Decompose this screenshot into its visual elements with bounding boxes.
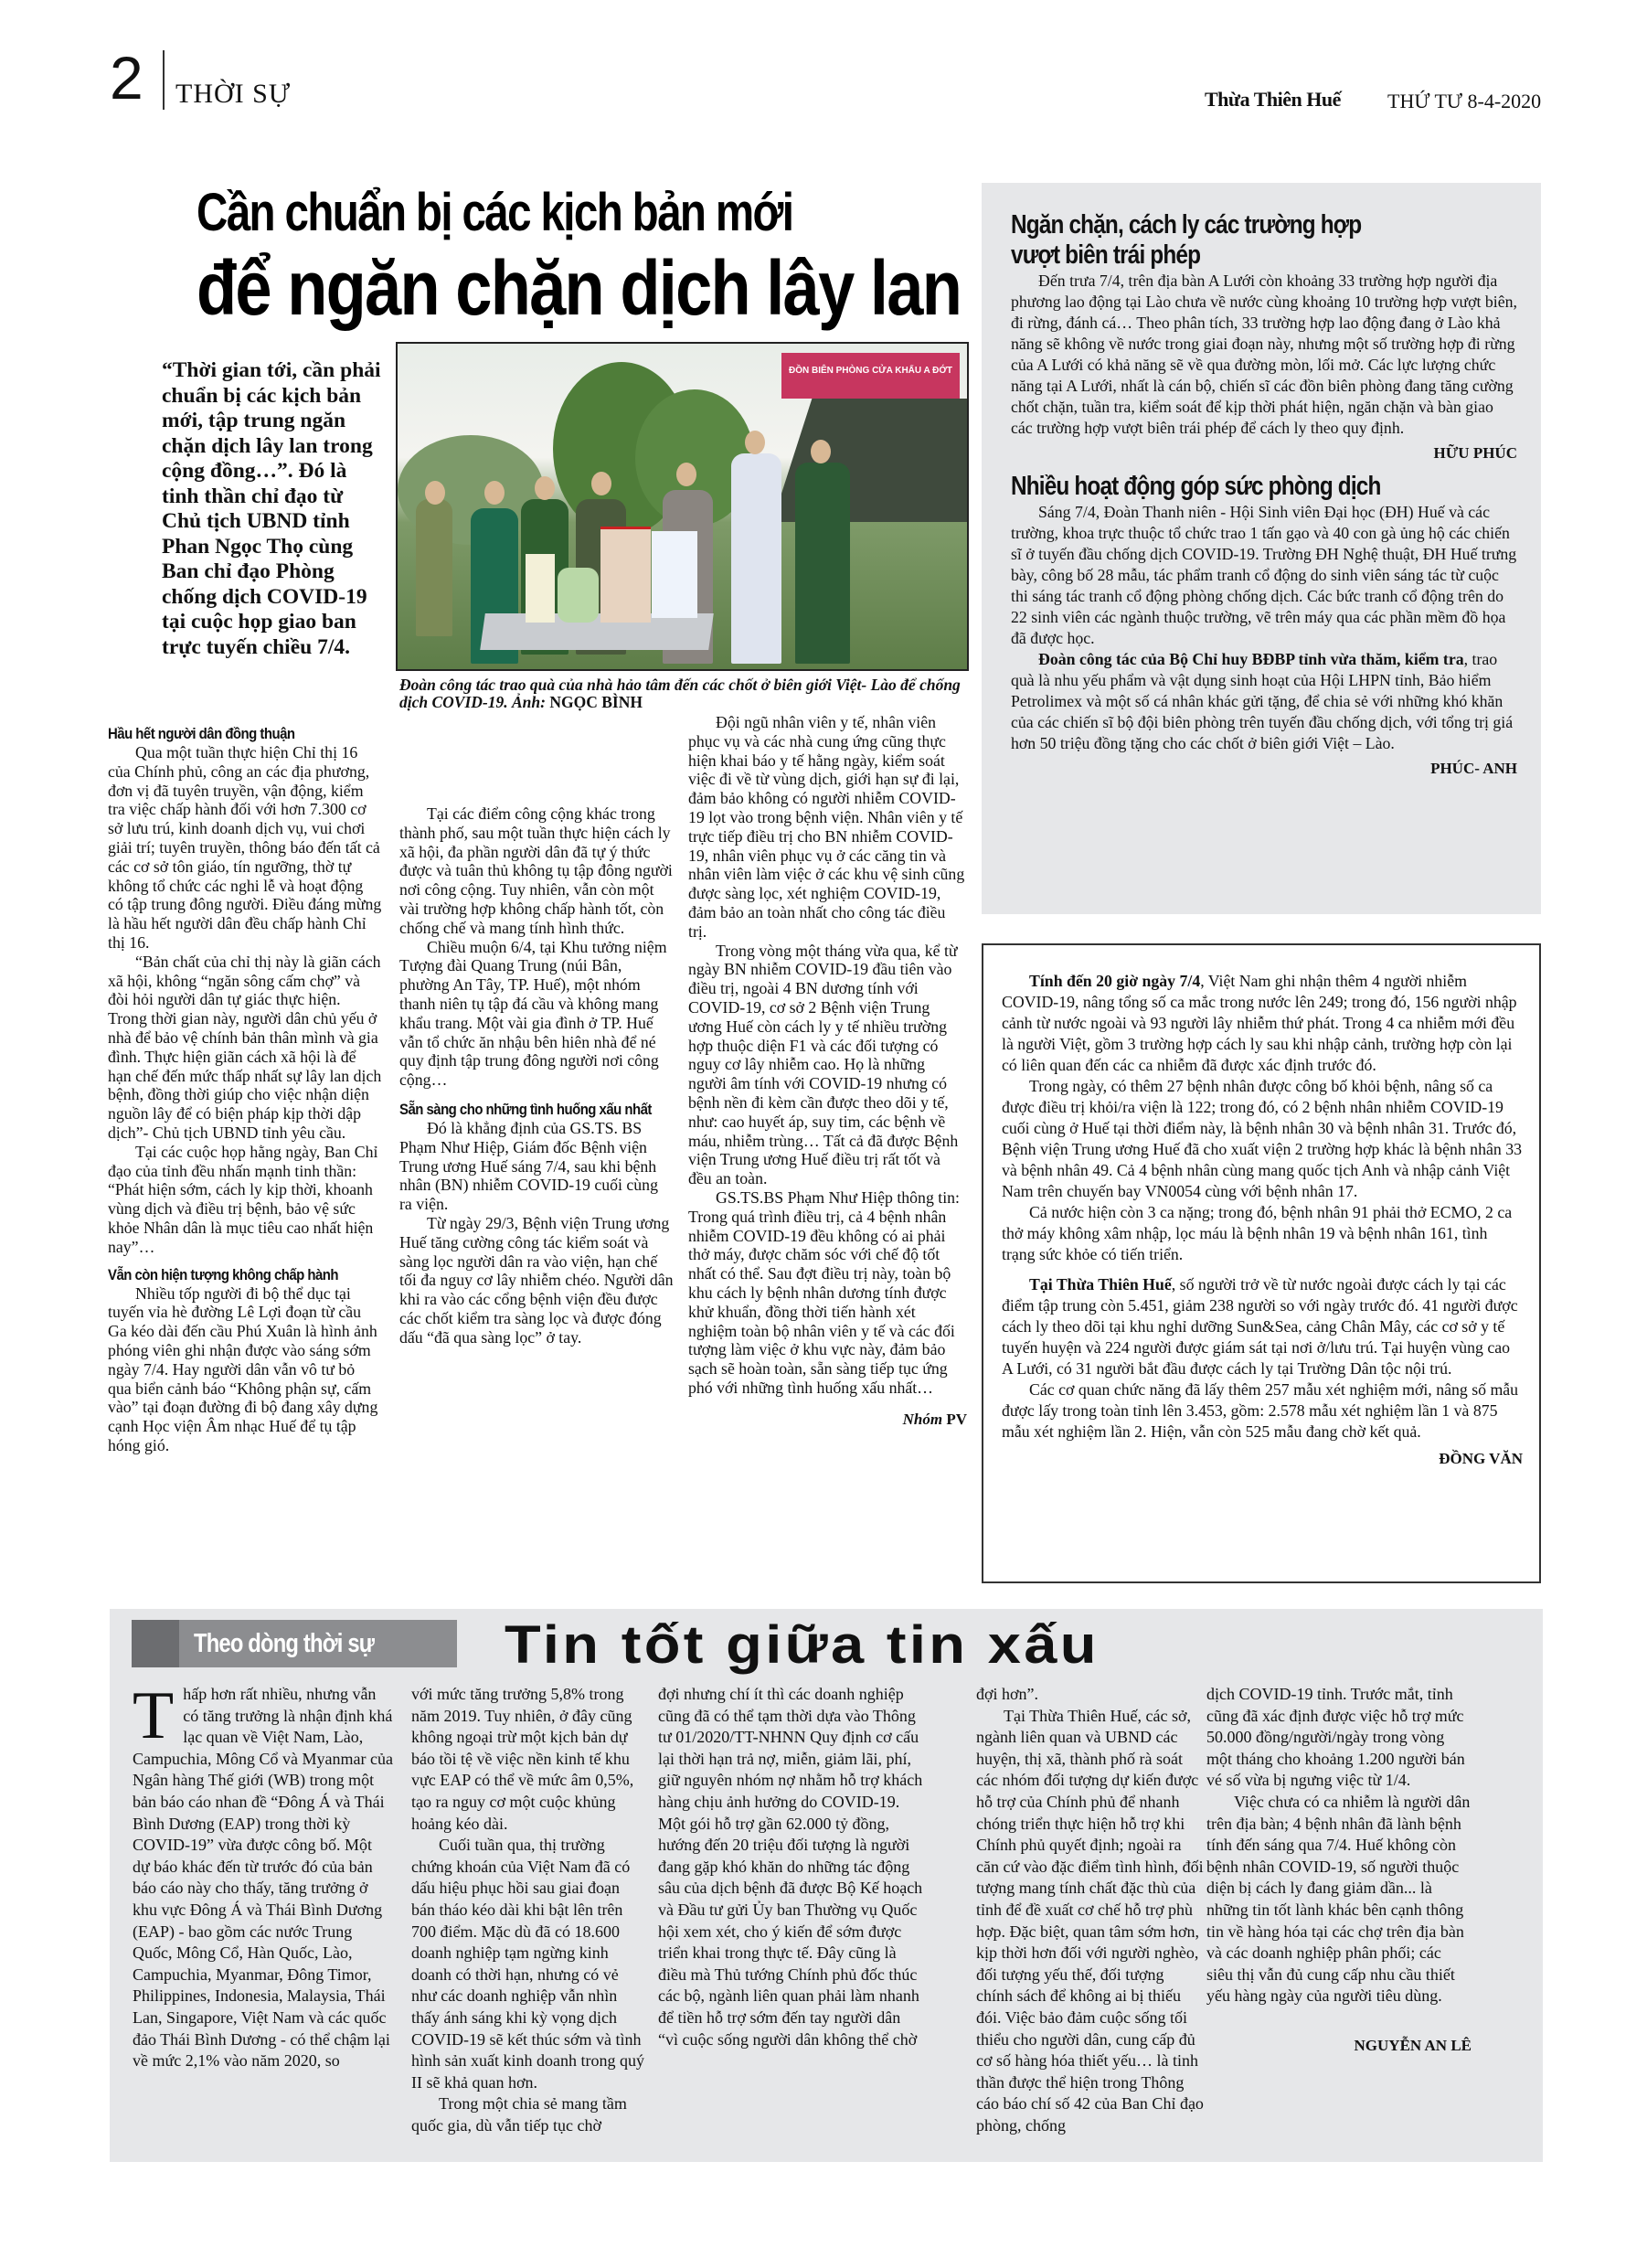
byline-name: PV [946,1411,967,1428]
paragraph: Tính đến 20 giờ ngày 7/4, Việt Nam ghi n… [1002,971,1523,1076]
paragraph: Tại các cuộc họp hằng ngày, Ban Chỉ đạo … [108,1143,382,1257]
title-line: vượt biên trái phép [1011,240,1200,270]
paragraph: Cả nước hiện còn 3 ca nặng; trong đó, bệ… [1002,1202,1523,1265]
issue-date: THỨ TƯ 8-4-2020 [1387,90,1541,113]
subhead-worst-case: Sẵn sàng cho những tình huống xấu nhất [399,1101,675,1119]
section-name: THỜI SỰ [175,79,291,110]
covid-stats-box: Tính đến 20 giờ ngày 7/4, Việt Nam ghi n… [982,943,1541,1583]
feature-title: Tin tốt giữa tin xấu [505,1618,1100,1673]
tag-accent [132,1620,179,1667]
article-lead: “Thời gian tới, cần phải chuẩn bị các kị… [162,358,381,660]
paragraph: Trong một chia sẻ mang tầm quốc gia, dù … [411,2093,644,2136]
stats-byline: ĐỒNG VĂN [1002,1448,1523,1469]
paragraph: Trong vòng một tháng vừa qua, kể từ ngày… [688,942,967,1188]
paragraph: Các cơ quan chức năng đã lấy thêm 257 mẫ… [1002,1379,1523,1443]
article-column-1: Hầu hết người dân đồng thuận Qua một tuầ… [108,725,382,1455]
sidebar-byline-1: HỮU PHÚC [1011,444,1517,463]
bottom-feature: Theo dòng thời sự Tin tốt giữa tin xấu T… [110,1609,1543,2162]
paragraph: Tại Thừa Thiên Huế, số người trở về từ n… [1002,1274,1523,1379]
headline-line-2: để ngăn chặn dịch lây lan [197,247,865,329]
paragraph: Trong ngày, có thêm 27 bệnh nhân được cô… [1002,1076,1523,1202]
column-tag: Theo dòng thời sự [132,1620,457,1667]
feature-column-5: dịch COVID-19 tỉnh. Trước mắt, tỉnh cũng… [1206,1684,1472,2057]
headline-line-1: Cần chuẩn bị các kịch bản mới [197,183,834,243]
paragraph: “Bản chất của chỉ thị này là giãn cách x… [108,953,382,1143]
paragraph: đợi nhưng chí ít thì các doanh nghiệp cũ… [658,1684,923,2050]
article-column-3: Đội ngũ nhân viên y tế, nhân viên phục v… [688,713,967,1429]
photo-table [480,613,714,650]
sidebar-title-2: Nhiều hoạt động góp sức phòng dịch [1011,472,1436,502]
feature-column-1: Thấp hơn rất nhiều, nhưng vẫn có tăng tr… [133,1684,393,2072]
article-byline: Nhóm PV [688,1411,967,1430]
paragraph: Qua một tuần thực hiện Chỉ thị 16 của Ch… [108,743,382,953]
paragraph: Việc chưa có ca nhiễm là người dân trên … [1206,1792,1472,2007]
paragraph: với mức tăng trưởng 5,8% trong năm 2019.… [411,1684,644,1835]
main-headline: Cần chuẩn bị các kịch bản mới để ngăn ch… [197,183,973,329]
paragraph: Nhiều tốp người đi bộ thể dục tại tuyến … [108,1284,382,1455]
page-number: 2 [110,48,143,108]
article-photo: ĐỒN BIÊN PHÒNG CỬA KHẨU A ĐỚT [396,342,969,671]
feature-column-2: với mức tăng trưởng 5,8% trong năm 2019.… [411,1684,644,2136]
sidebar-title-1: Ngăn chặn, cách ly các trường hợpvượt bi… [1011,210,1436,271]
sidebar-byline-2: PHÚC- ANH [1011,760,1517,778]
feature-column-3: đợi nhưng chí ít thì các doanh nghiệp cũ… [658,1684,923,2050]
sidebar-text-2: Sáng 7/4, Đoàn Thanh niên - Hội Sinh viê… [1011,502,1517,754]
tag-label: Theo dòng thời sự [194,1629,374,1658]
paragraph: Từ ngày 29/3, Bệnh viện Trung ương Huế t… [399,1214,674,1347]
bold-lead: Đoàn công tác của Bộ Chỉ huy BĐBP tỉnh v… [1038,650,1464,668]
paragraph: Đó là khẳng định của GS.TS. BS Phạm Như … [399,1119,674,1214]
paragraph: Sáng 7/4, Đoàn Thanh niên - Hội Sinh viê… [1011,502,1517,649]
paragraph: Tại các điểm công cộng khác trong thành … [399,804,674,938]
photo-banner: ĐỒN BIÊN PHÒNG CỬA KHẨU A ĐỚT [781,353,960,399]
header-divider [163,50,165,110]
article-column-2: Tại các điểm công cộng khác trong thành … [399,713,674,1347]
drop-cap: T [133,1688,174,1744]
paragraph: Đến trưa 7/4, trên địa bàn A Lưới còn kh… [1011,271,1517,439]
paragraph: dịch COVID-19 tỉnh. Trước mắt, tỉnh cũng… [1206,1684,1472,1792]
paragraph: Đoàn công tác của Bộ Chỉ huy BĐBP tỉnh v… [1011,649,1517,754]
paragraph: Cuối tuần qua, thị trường chứng khoán củ… [411,1835,644,2093]
paragraph: Tại Thừa Thiên Huế, các sở, ngành liên q… [976,1706,1205,2137]
paragraph: GS.TS.BS Phạm Như Hiệp thông tin: Trong … [688,1188,967,1398]
sidebar-text-1: Đến trưa 7/4, trên địa bàn A Lưới còn kh… [1011,271,1517,439]
paragraph: Đội ngũ nhân viên y tế, nhân viên phục v… [688,713,967,942]
subhead-consensus: Hầu hết người dân đồng thuận [108,725,349,743]
photo-caption: Đoàn công tác trao quà của nhà hảo tâm đ… [399,676,966,711]
paragraph: Chiều muộn 6/4, tại Khu tưởng niệm Tượng… [399,938,674,1090]
feature-column-4: đợi hơn”. Tại Thừa Thiên Huế, các sở, ng… [976,1684,1205,2136]
subhead-noncompliance: Vẫn còn hiện tượng không chấp hành [108,1266,349,1284]
title-line: Ngăn chặn, cách ly các trường hợp [1011,210,1361,240]
photo-credit: NGỌC BÌNH [549,693,643,711]
paragraph: đợi hơn”. [976,1684,1205,1706]
sidebar-box: Ngăn chặn, cách ly các trường hợpvượt bi… [982,183,1541,914]
bold-lead: Tại Thừa Thiên Huế [1029,1275,1172,1294]
feature-byline: NGUYỄN AN LÊ [1206,2035,1472,2057]
bold-lead: Tính đến 20 giờ ngày 7/4 [1029,972,1200,990]
newspaper-name: Thừa Thiên Huế [1205,88,1341,112]
caption-text: Đoàn công tác trao quà của nhà hảo tâm đ… [399,676,961,711]
byline-prefix: Nhóm [903,1411,942,1428]
